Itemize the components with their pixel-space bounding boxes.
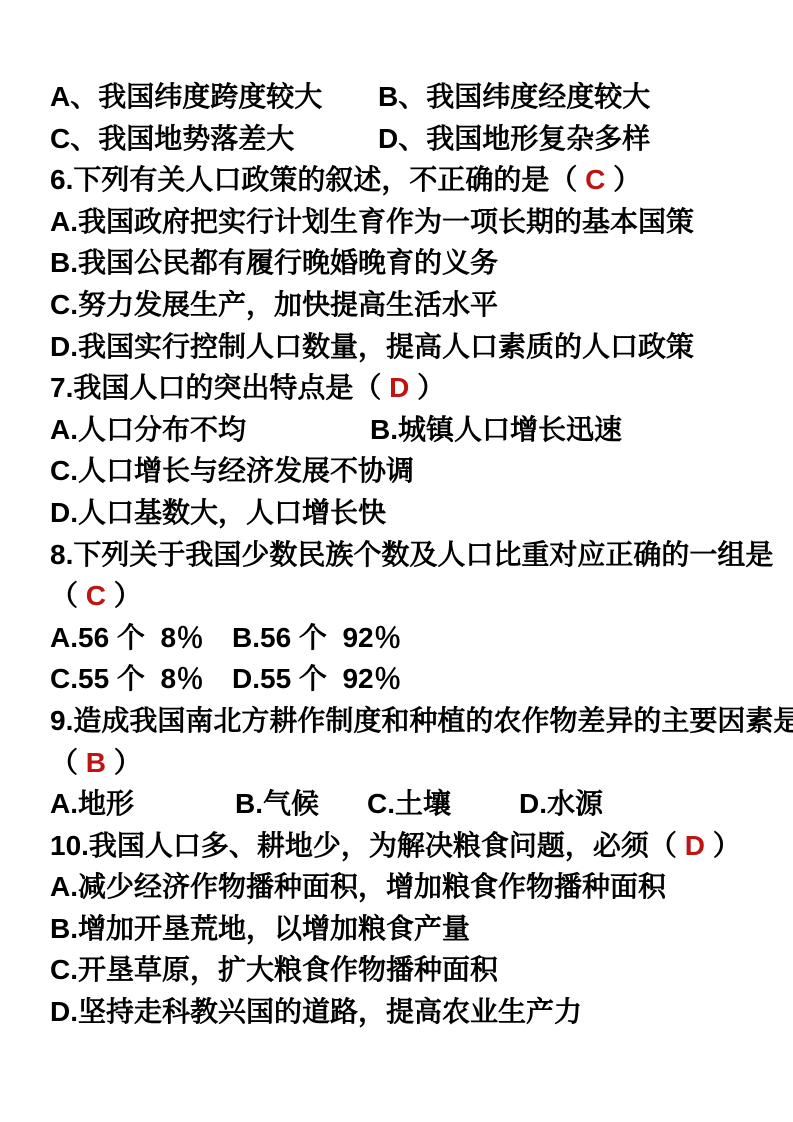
text-segment: 9.造成我国南北方耕作制度和种植的农作物差异的主要因素是 [50,700,793,742]
text-segment: D.坚持走科教兴国的道路，提高农业生产力 [50,991,582,1033]
text-segment: A.人口分布不均 [50,409,370,451]
text-segment: ） [409,367,445,409]
text-segment: 7.我国人口的突出特点是（ [50,367,389,409]
text-line: A、我国纬度跨度较大B、我国纬度经度较大 [50,76,773,118]
text-line: D.我国实行控制人口数量，提高人口素质的人口政策 [50,326,773,368]
text-line: 6.下列有关人口政策的叙述，不正确的是（ C ） [50,159,773,201]
text-line: C、我国地势落差大D、我国地形复杂多样 [50,118,773,160]
text-segment: C.55 个 8％ [50,658,232,700]
text-line: 7.我国人口的突出特点是（ D ） [50,367,773,409]
answer-letter: D [685,825,705,867]
text-line: 9.造成我国南北方耕作制度和种植的农作物差异的主要因素是 [50,700,773,742]
text-segment: ） [106,742,142,784]
text-segment: D、我国地形复杂多样 [378,118,650,160]
text-line: C.努力发展生产，加快提高生活水平 [50,284,773,326]
text-line: A.人口分布不均B.城镇人口增长迅速 [50,409,773,451]
text-segment: （ [50,742,86,784]
text-segment: A.减少经济作物播种面积，增加粮食作物播种面积 [50,866,666,908]
text-segment: D.55 个 92％ [232,658,402,700]
text-line: 8.下列关于我国少数民族个数及人口比重对应正确的一组是 [50,534,773,576]
text-segment: 8.下列关于我国少数民族个数及人口比重对应正确的一组是 [50,534,773,576]
text-line: A.我国政府把实行计划生育作为一项长期的基本国策 [50,201,773,243]
text-segment: D.人口基数大，人口增长快 [50,492,386,534]
text-segment: C.人口增长与经济发展不协调 [50,450,414,492]
text-line: （ C ） [50,575,773,617]
text-line: D.坚持走科教兴国的道路，提高农业生产力 [50,991,773,1033]
text-line: A.56 个 8％B.56 个 92％ [50,617,773,659]
text-line: （ B ） [50,742,773,784]
answer-letter: D [389,367,409,409]
text-segment: B.56 个 92％ [232,617,402,659]
text-line: C.人口增长与经济发展不协调 [50,450,773,492]
text-segment: ） [106,575,142,617]
exam-document-page: A、我国纬度跨度较大B、我国纬度经度较大C、我国地势落差大D、我国地形复杂多样6… [0,0,793,1122]
text-segment: D.水源 [519,783,603,825]
text-segment: B、我国纬度经度较大 [378,76,650,118]
text-line: B.增加开垦荒地，以增加粮食产量 [50,908,773,950]
text-line: C.55 个 8％D.55 个 92％ [50,658,773,700]
text-line: A.地形B.气候C.土壤D.水源 [50,783,773,825]
text-segment: B.气候 [235,783,367,825]
text-segment: A.56 个 8％ [50,617,232,659]
text-segment: 6.下列有关人口政策的叙述，不正确的是（ [50,159,585,201]
text-line: 10.我国人口多、耕地少，为解决粮食问题，必须（ D ） [50,825,773,867]
text-segment: C.努力发展生产，加快提高生活水平 [50,284,498,326]
text-line: D.人口基数大，人口增长快 [50,492,773,534]
text-segment: B.城镇人口增长迅速 [370,409,622,451]
answer-letter: C [585,159,605,201]
document-content: A、我国纬度跨度较大B、我国纬度经度较大C、我国地势落差大D、我国地形复杂多样6… [50,76,773,1033]
text-segment: B.增加开垦荒地，以增加粮食产量 [50,908,470,950]
text-segment: （ [50,575,86,617]
text-segment: C.土壤 [367,783,519,825]
text-segment: 10.我国人口多、耕地少，为解决粮食问题，必须（ [50,825,685,867]
text-segment: A、我国纬度跨度较大 [50,76,378,118]
text-segment: C.开垦草原，扩大粮食作物播种面积 [50,949,498,991]
text-segment: D.我国实行控制人口数量，提高人口素质的人口政策 [50,326,694,368]
text-segment: ） [605,159,641,201]
answer-letter: B [86,742,106,784]
text-line: A.减少经济作物播种面积，增加粮食作物播种面积 [50,866,773,908]
text-line: B.我国公民都有履行晚婚晚育的义务 [50,242,773,284]
text-segment: A.我国政府把实行计划生育作为一项长期的基本国策 [50,201,694,243]
text-segment: ） [705,825,741,867]
text-segment: C、我国地势落差大 [50,118,378,160]
answer-letter: C [86,575,106,617]
text-line: C.开垦草原，扩大粮食作物播种面积 [50,949,773,991]
text-segment: A.地形 [50,783,235,825]
text-segment: B.我国公民都有履行晚婚晚育的义务 [50,242,498,284]
